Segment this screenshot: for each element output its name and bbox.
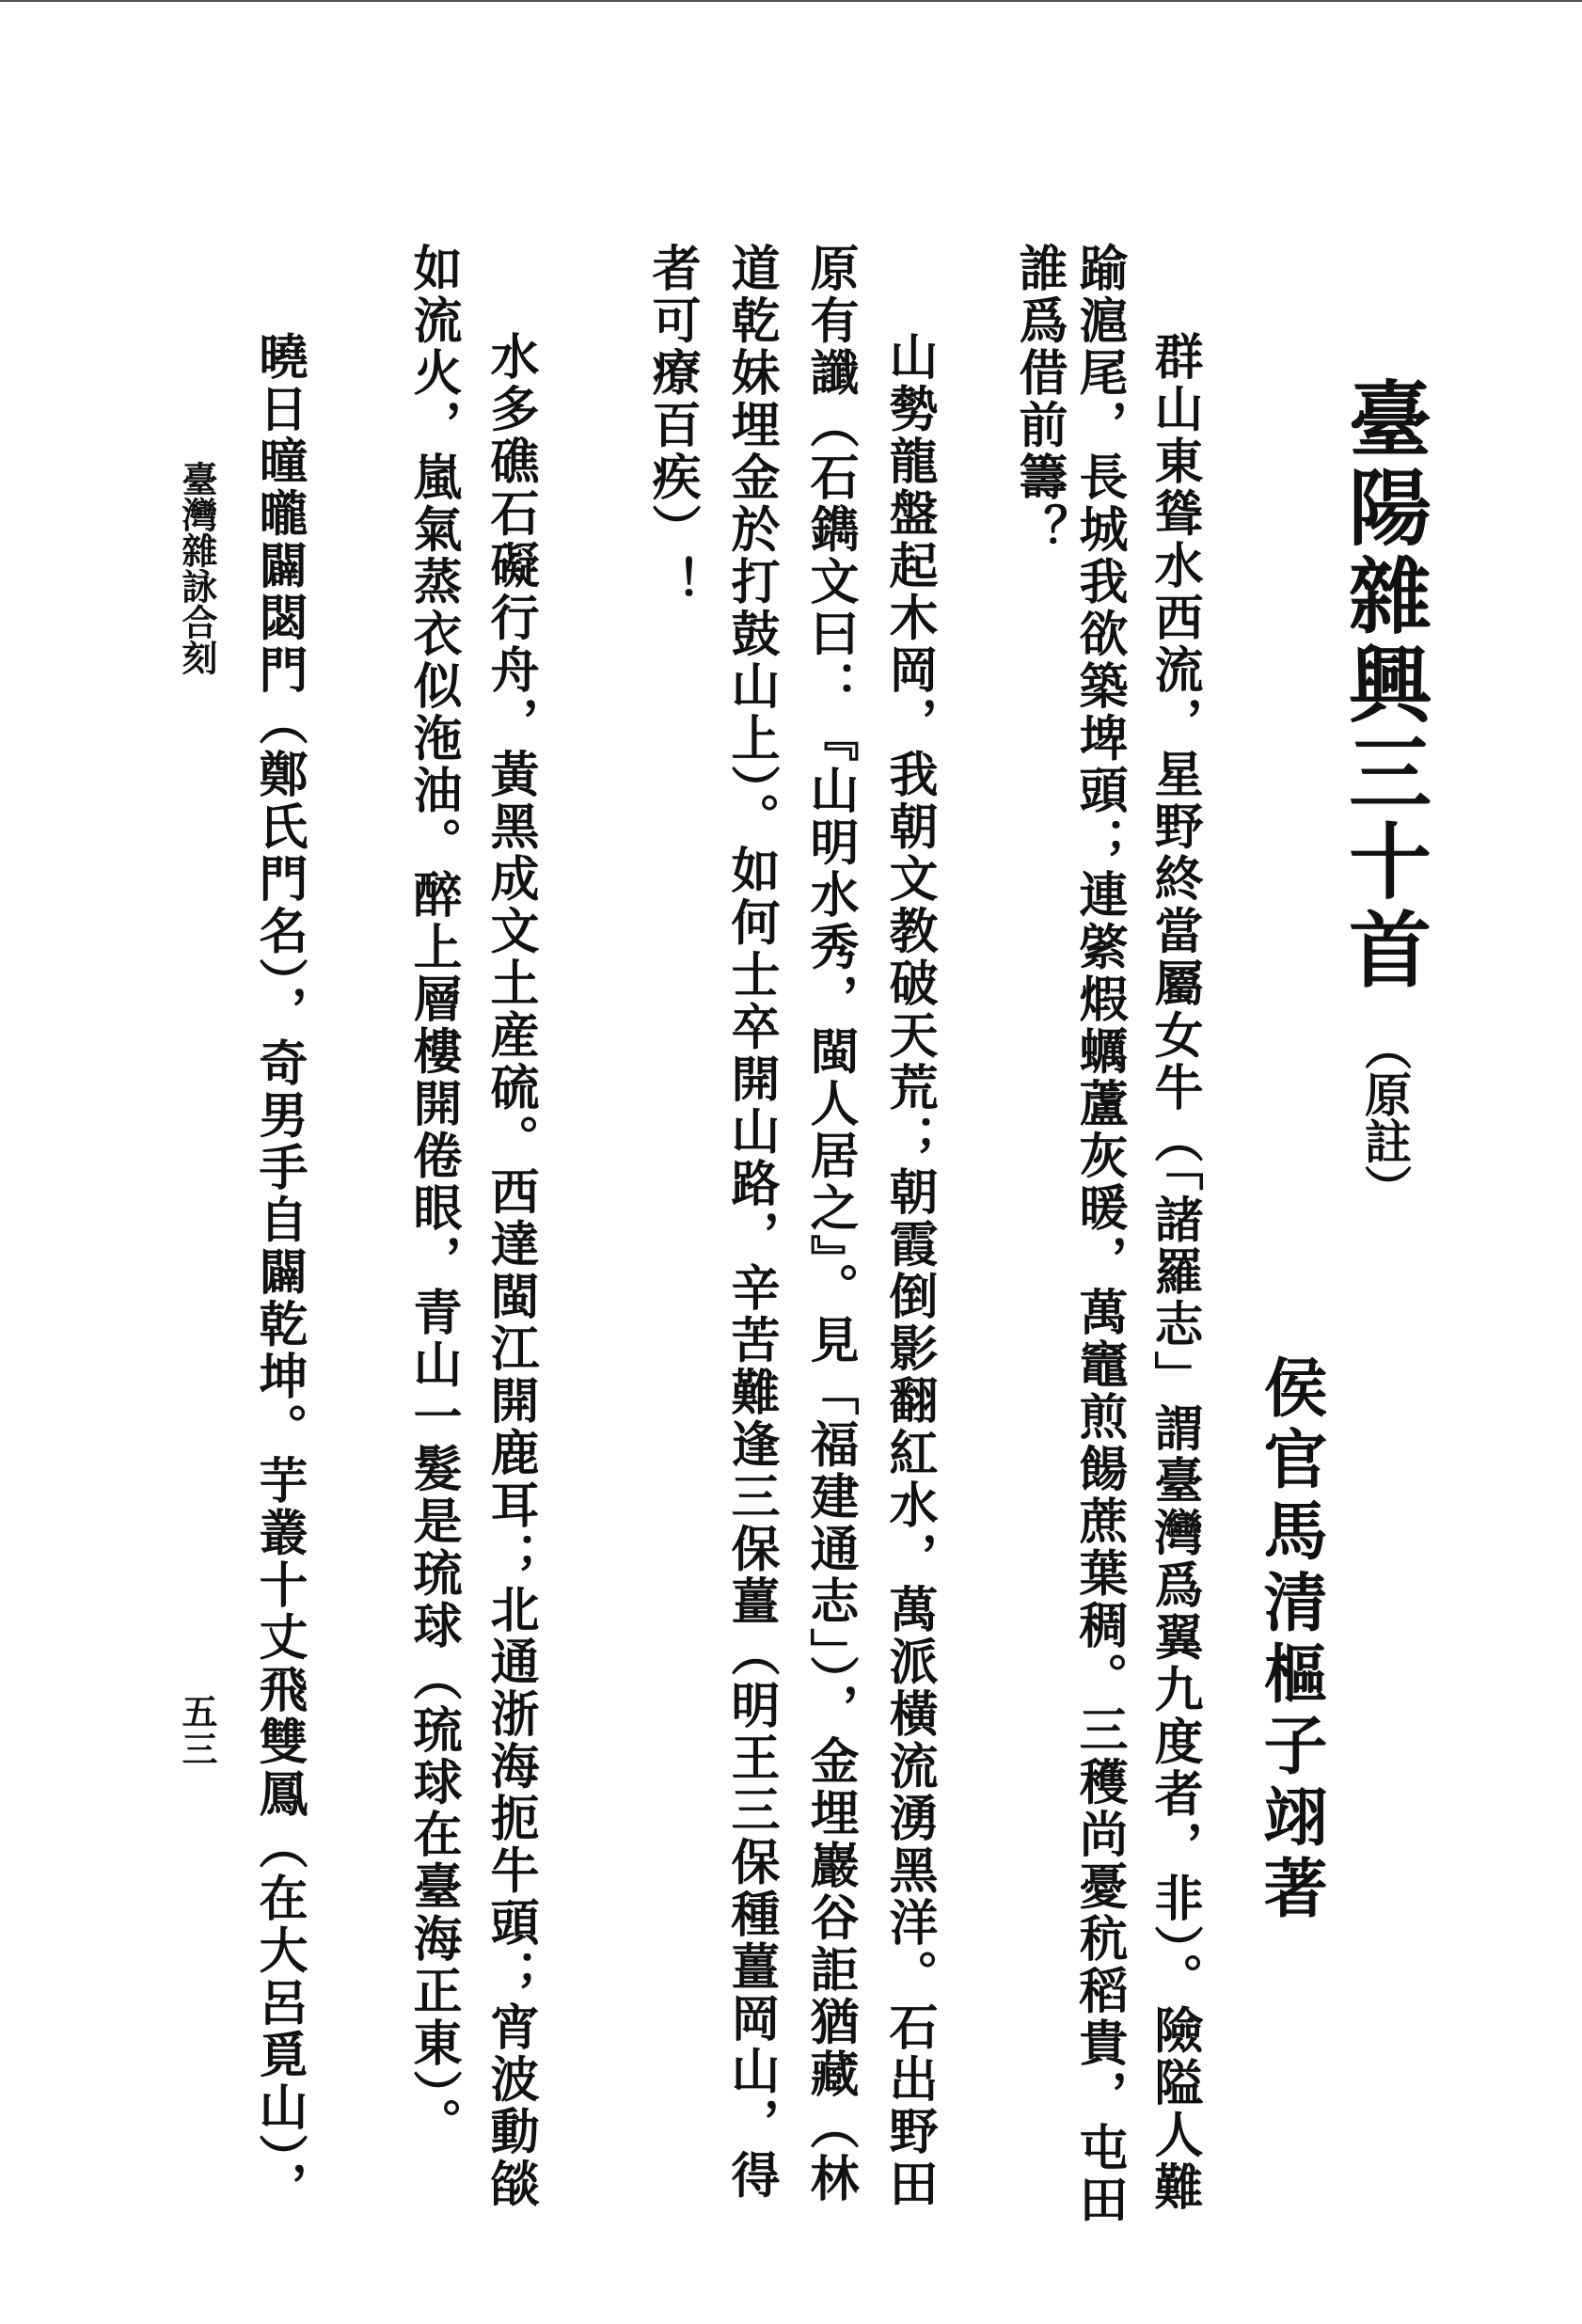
page-number: 五三 (179, 1693, 214, 1768)
text-column-8: 水多礁石礙行舟，黃黑成文土産硫。西達閩江開鹿耳；北通浙海扼牛頭；宵波動燄 (485, 331, 534, 2210)
text-column-2: 踰滬尾，長城我欲築埤頭；連綮煆蠣蘆灰暖，萬竈煎餳蔗葉稠。三穫尚憂秔稻貴，屯田 (1074, 243, 1123, 2226)
title-annotation: （原註） (1357, 1023, 1413, 1211)
poem-title-block: 臺陽雜興三十首（原註） (1343, 376, 1426, 1211)
text-column-3: 誰爲借前籌？ (1014, 243, 1063, 556)
text-column-9: 如流火，嵐氣蒸衣似沲油。醉上層樓開倦眼，青山一髮是琉球（琉球在臺海正東）。 (408, 243, 457, 2150)
footer-book-title: 臺灣雜詠合刻 (179, 461, 214, 675)
text-column-5: 原有讖（石鐫文曰：『山明水秀，閩人居之』。見「福建通志」），金埋巖谷詎猶藏（林 (805, 243, 854, 2205)
page-top-edge (0, 0, 1582, 2)
text-column-7: 者可療百疾）！ (647, 243, 696, 609)
text-column-10: 曉日曈曨闢閟門（鄭氏門名），奇男手自闢乾坤。芋叢十丈飛雙鳳（在大呂覓山）， (254, 331, 303, 2214)
author-line: 侯官馬清樞子翊著 (1258, 1354, 1322, 1926)
text-column-6: 道乾妹埋金於打鼓山上）。如何士卒開山路，辛苦難逢三保薑（明王三保種薑岡山，得 (726, 243, 775, 2202)
text-column-1: 群山東聳水西流，星野終當屬女牛（「諸羅志」謂臺灣爲翼九度者，非）。險隘人難 (1149, 331, 1198, 2214)
page-title: 臺陽雜興三十首 (1336, 376, 1433, 995)
text-column-4: 山勢龍盤起木岡，我朝文教破天荒；朝霞倒影翻紅水，萬派橫流湧黑洋。石出野田 (884, 331, 933, 2210)
